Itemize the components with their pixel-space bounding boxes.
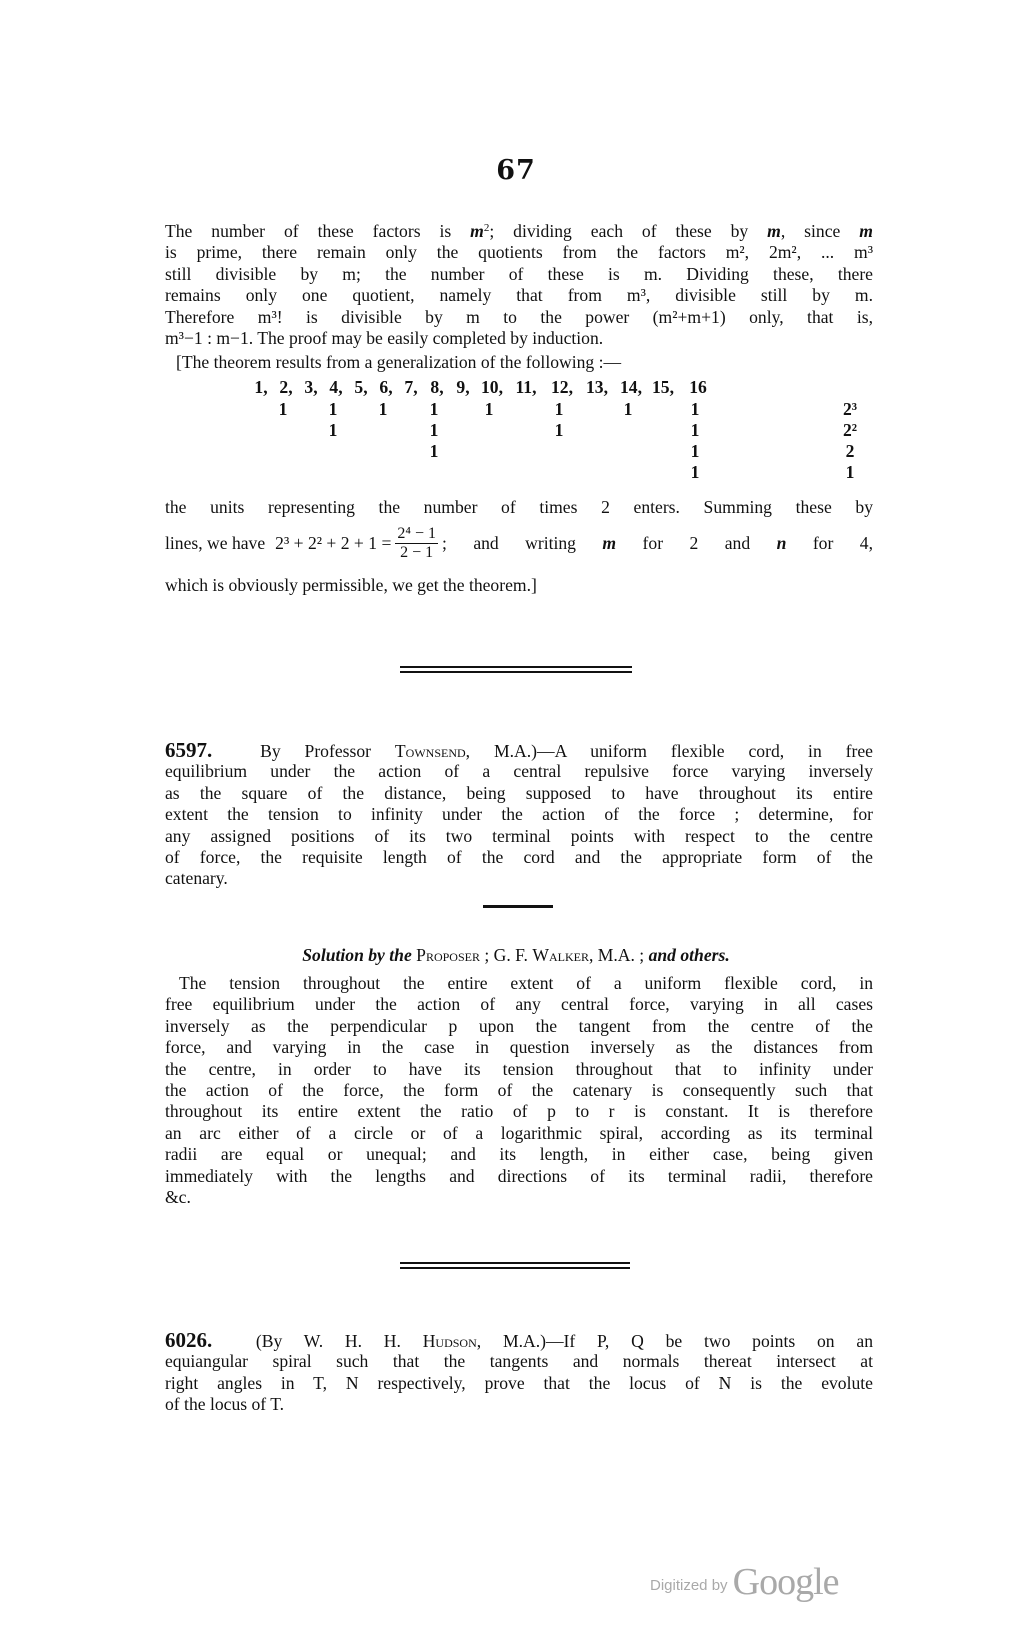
solution-line: throughout its entire extent the ratio o… — [165, 1101, 873, 1122]
theorem-intro: [The theorem results from a generalizati… — [176, 352, 876, 373]
unit-mark: 1 — [624, 399, 633, 420]
sequence-number: 12, — [551, 377, 573, 398]
solution-line: the action of the force, the form of the… — [165, 1080, 873, 1101]
sequence-number: 8, — [430, 377, 443, 398]
digitized-watermark: Digitized by Google — [650, 1560, 839, 1604]
proof-line-1: The number of these factors is m2; divid… — [165, 221, 873, 242]
sequence-number: 11, — [515, 377, 536, 398]
proof-line-5: Therefore m³! is divisible by m to the p… — [165, 307, 873, 328]
google-logo: Google — [733, 1561, 839, 1603]
walker-name: Walker — [532, 945, 589, 965]
sequence-number: 9, — [456, 377, 469, 398]
question-line: catenary. — [165, 868, 873, 889]
solution-body: The tension throughout the entire extent… — [165, 973, 873, 1208]
proof-line-4: remains only one quotient, namely that f… — [165, 285, 873, 306]
summary-fraction: 2⁴ − 1 2 − 1 — [395, 525, 438, 562]
fraction-denominator: 2 − 1 — [395, 544, 438, 562]
unit-mark: 1 — [430, 399, 439, 420]
sequence-number: 5, — [354, 377, 367, 398]
sequence-number: 3, — [304, 377, 317, 398]
row-sum: 2 — [846, 441, 855, 462]
solution-line: immediately with the lengths and directi… — [165, 1166, 873, 1187]
author-name: Hudson — [423, 1331, 477, 1351]
proposer-label: Proposer — [416, 945, 480, 965]
unit-mark: 1 — [279, 399, 288, 420]
question-line: equilibrium under the action of a centra… — [165, 761, 873, 782]
unit-mark: 1 — [430, 420, 439, 441]
question-6597-heading: 6597. By Professor Townsend, M.A.)—A uni… — [165, 740, 873, 761]
question-6026-heading: 6026. (By W. H. H. Hudson, M.A.)—If P, Q… — [165, 1330, 873, 1351]
question-line: extent the tension to infinity under the… — [165, 804, 873, 825]
solution-heading: Solution by the Proposer ; G. F. Walker,… — [0, 945, 1032, 966]
sequence-number: 10, — [481, 377, 503, 398]
summary-prefix: lines, we have — [165, 533, 265, 554]
question-line: as the square of the distance, being sup… — [165, 783, 873, 804]
solution-line: radii are equal or unequal; and its leng… — [165, 1144, 873, 1165]
sequence-number: 15, — [652, 377, 674, 398]
sequence-number: 14, — [620, 377, 642, 398]
summary-line-3-wrap: which is obviously permissible, we get t… — [165, 575, 873, 596]
sequence-number: 1, — [254, 377, 267, 398]
summary-line-3: which is obviously permissible, we get t… — [165, 575, 873, 596]
proof-line-3: still divisible by m; the number of thes… — [165, 264, 873, 285]
solution-line: &c. — [165, 1187, 873, 1208]
question-number: 6597. — [165, 738, 212, 762]
proof-paragraph: The number of these factors is m2; divid… — [165, 221, 873, 349]
sequence-number: 7, — [404, 377, 417, 398]
section-divider — [400, 1262, 630, 1269]
summary-line-1: the units representing the number of tim… — [165, 497, 873, 518]
question-line: equiangular spiral such that the tangent… — [165, 1351, 873, 1372]
solution-line: free equilibrium under the action of any… — [165, 994, 873, 1015]
solution-line: the centre, in order to have its tension… — [165, 1059, 873, 1080]
unit-mark: 1 — [329, 420, 338, 441]
page-number: 67 — [0, 155, 1032, 186]
solution-line: an arc either of a circle or of a logari… — [165, 1123, 873, 1144]
unit-mark: 1 — [555, 420, 564, 441]
sequence-number: 13, — [586, 377, 608, 398]
theorem-intro-text: [The theorem results from a generalizati… — [176, 352, 876, 373]
question-6026: 6026. (By W. H. H. Hudson, M.A.)—If P, Q… — [165, 1330, 873, 1416]
unit-mark: 1 — [691, 399, 700, 420]
row-sum: 2³ — [843, 399, 857, 420]
section-divider — [400, 666, 632, 673]
sequence-number: 16 — [689, 377, 707, 398]
sequence-number: 2, — [279, 377, 292, 398]
row-sum: 2² — [843, 420, 857, 441]
solution-line: force, and varying in the case in questi… — [165, 1037, 873, 1058]
row-sum: 1 — [846, 462, 855, 483]
question-line: right angles in T, N respectively, prove… — [165, 1373, 873, 1394]
sequence-number: 6, — [379, 377, 392, 398]
solution-line: inversely as the perpendicular p upon th… — [165, 1016, 873, 1037]
question-number: 6026. — [165, 1328, 212, 1352]
question-line: of the locus of T. — [165, 1394, 873, 1415]
solution-line: The tension throughout the entire extent… — [165, 973, 873, 994]
unit-mark: 1 — [430, 441, 439, 462]
unit-mark: 1 — [329, 399, 338, 420]
summary-paragraph: the units representing the number of tim… — [165, 497, 873, 518]
question-line: any assigned positions of its two termin… — [165, 826, 873, 847]
summary-equation-line: lines, we have 2³ + 2² + 2 + 1 = 2⁴ − 1 … — [165, 525, 873, 562]
author-name: Townsend — [395, 741, 466, 761]
fraction-numerator: 2⁴ − 1 — [395, 525, 438, 544]
short-divider — [483, 905, 553, 908]
unit-mark: 1 — [691, 462, 700, 483]
units-table: 1,2,3,4,5,6,7,8,9,10,11,12,13,14,15,1611… — [0, 377, 1032, 487]
unit-mark: 1 — [691, 441, 700, 462]
watermark-prefix: Digitized by — [650, 1577, 728, 1594]
question-line: of force, the requisite length of the co… — [165, 847, 873, 868]
summary-suffix: ;andwritingmfor2andnfor4, — [442, 533, 873, 554]
proof-line-2: is prime, there remain only the quotient… — [165, 242, 873, 263]
unit-mark: 1 — [555, 399, 564, 420]
proof-line-6: m³−1 : m−1. The proof may be easily comp… — [165, 328, 873, 349]
unit-mark: 1 — [691, 420, 700, 441]
unit-mark: 1 — [485, 399, 494, 420]
question-6597: 6597. By Professor Townsend, M.A.)—A uni… — [165, 740, 873, 890]
unit-mark: 1 — [379, 399, 388, 420]
summary-equation-lhs: 2³ + 2² + 2 + 1 = — [275, 533, 391, 554]
sequence-number: 4, — [329, 377, 342, 398]
